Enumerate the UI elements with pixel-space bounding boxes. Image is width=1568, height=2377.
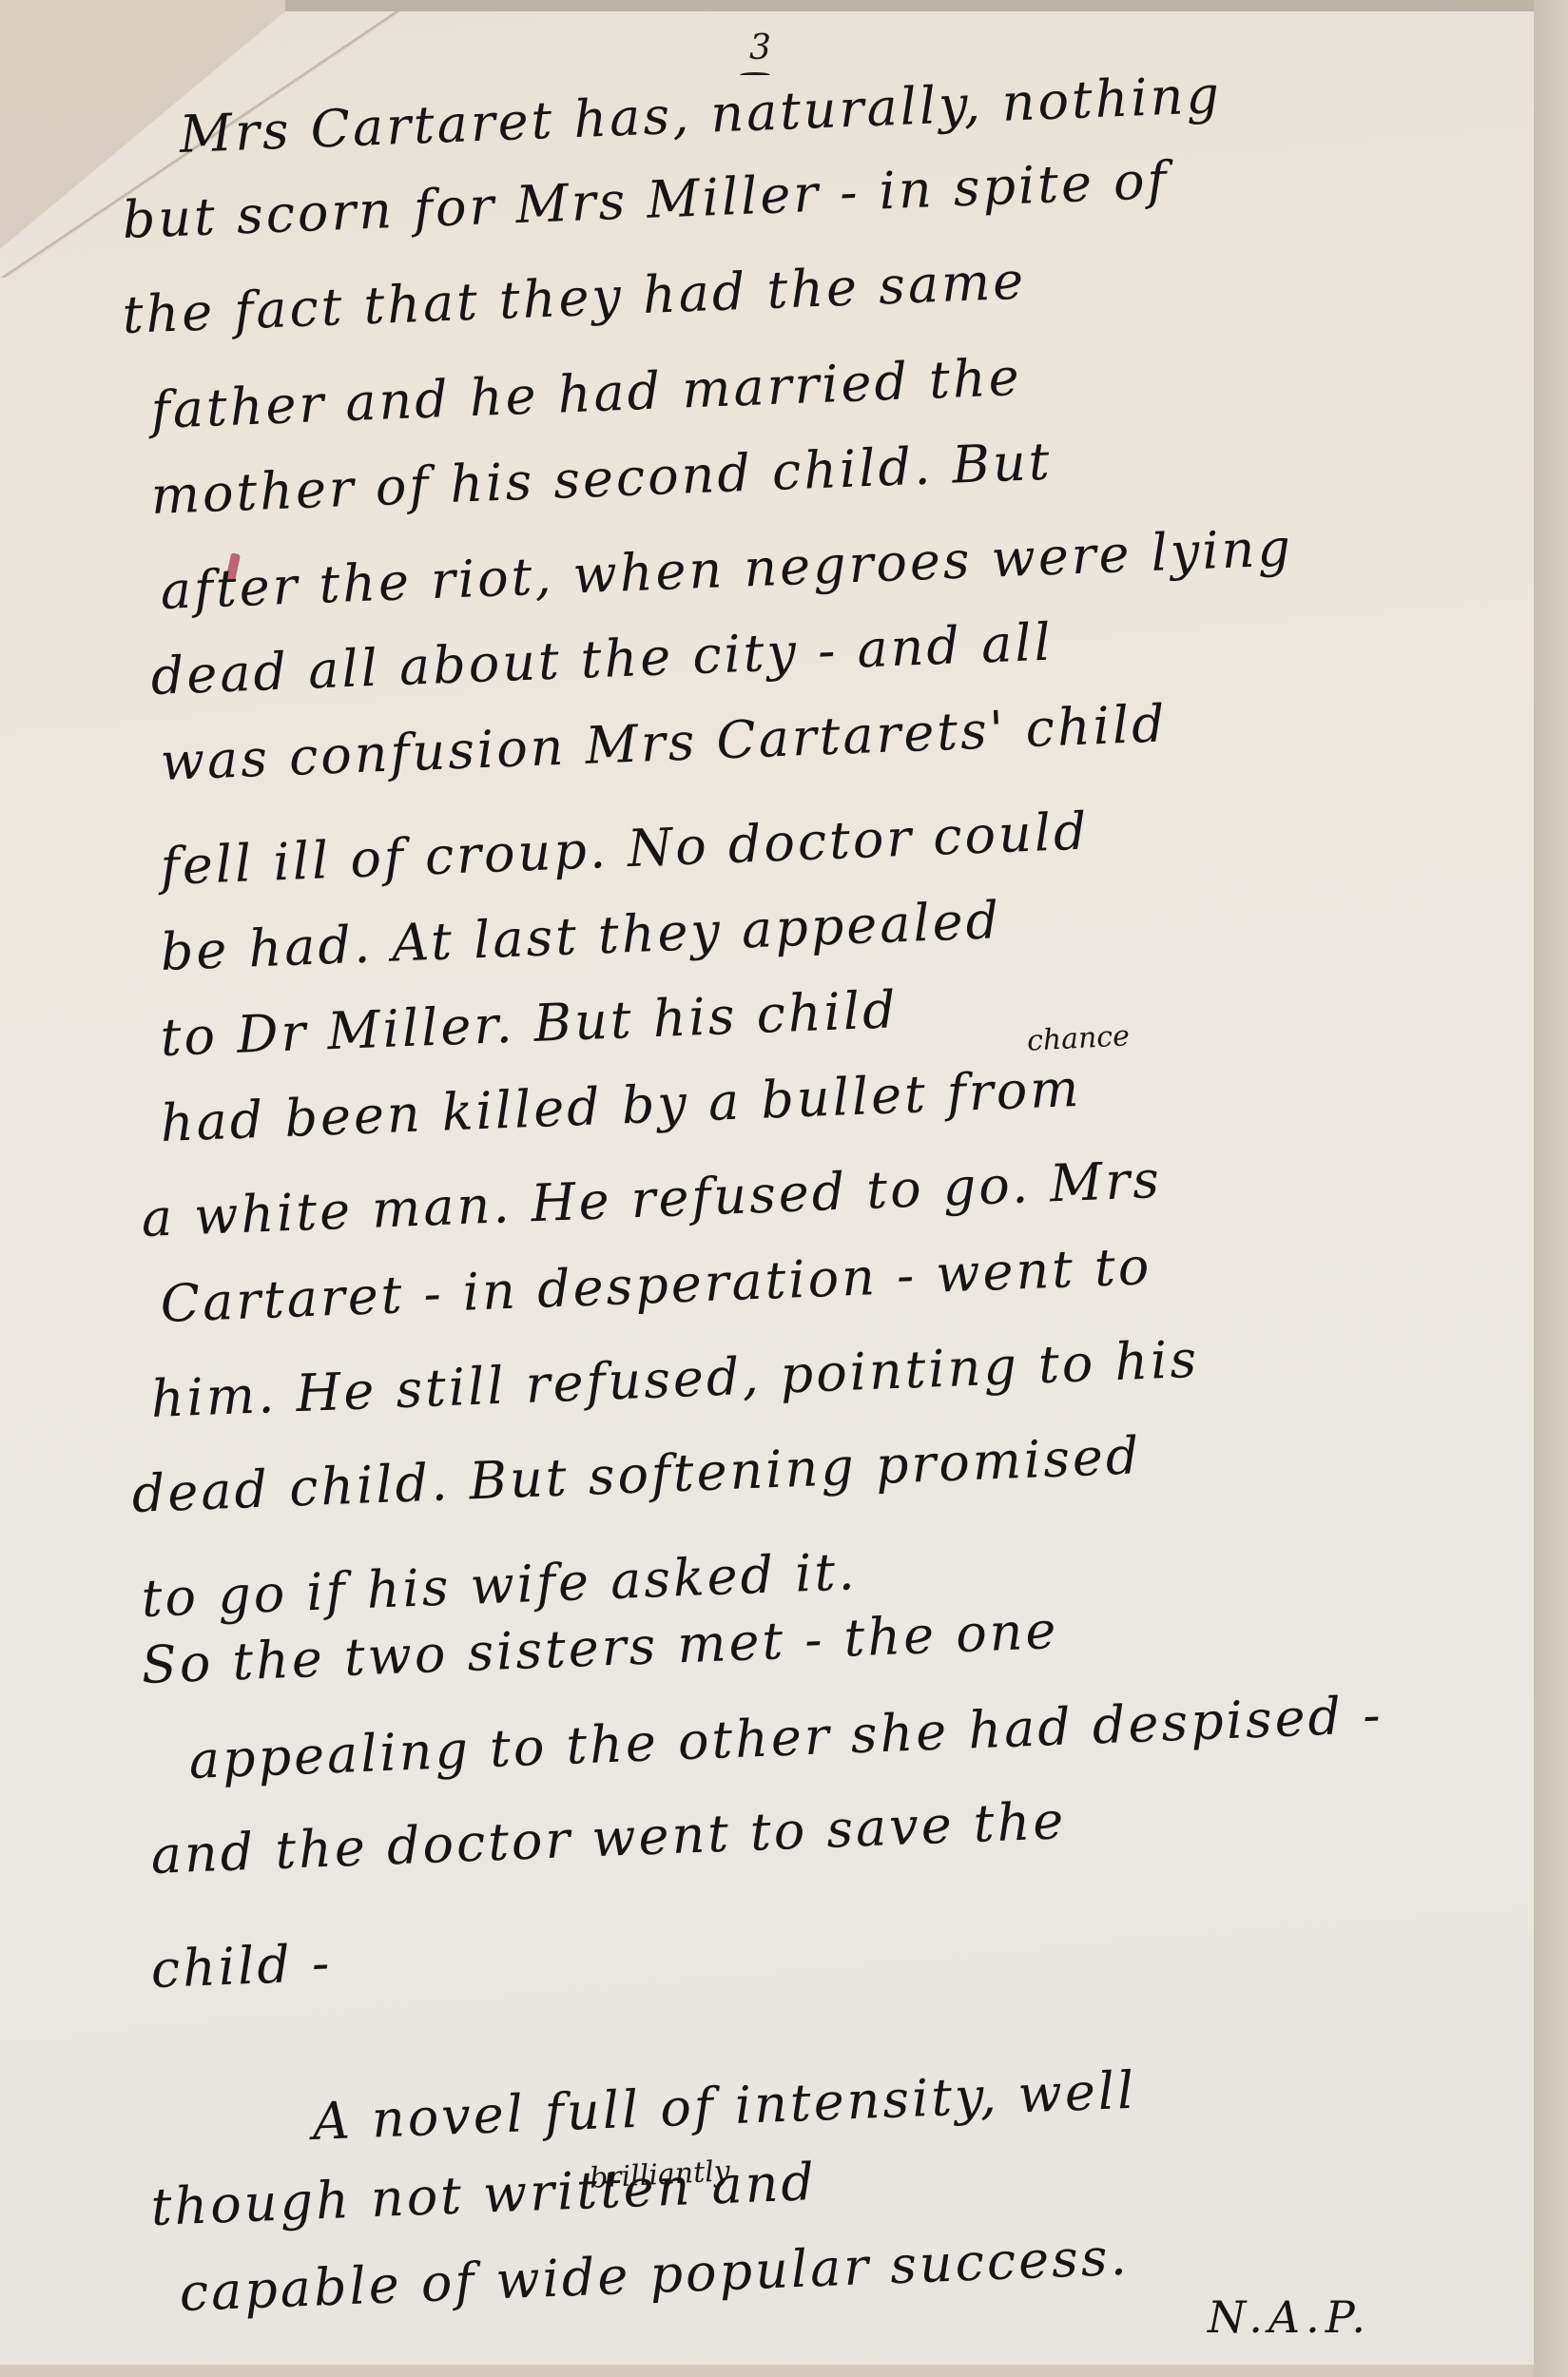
- page-number: 3: [749, 29, 771, 68]
- inserted-word-chance: chance: [1026, 1019, 1131, 1058]
- text-line: child -: [150, 1933, 334, 2000]
- page-number-underline: [740, 72, 770, 78]
- signature-initials: N.A.P.: [1208, 2291, 1371, 2343]
- top-edge-shadow: [285, 0, 1568, 13]
- right-page-edge: [1534, 0, 1568, 2377]
